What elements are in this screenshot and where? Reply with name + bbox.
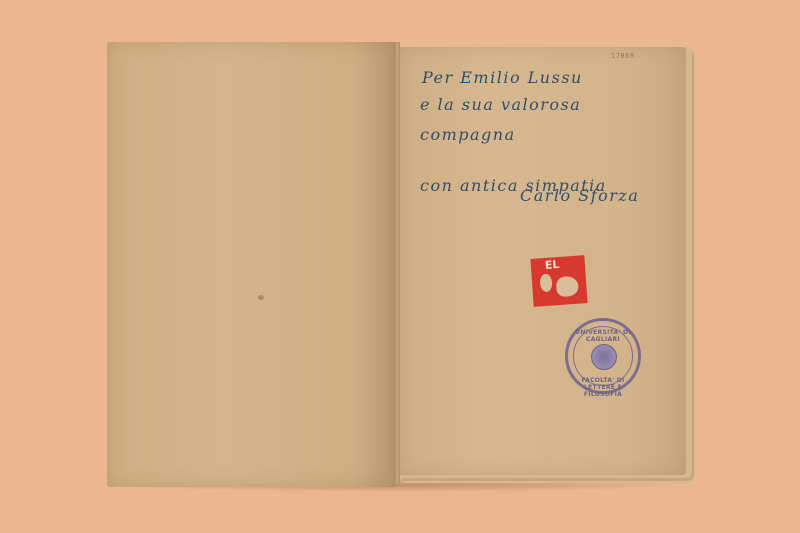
seal-emblem-icon (591, 344, 617, 370)
stamp-top-text: UNIVERSITA' DI CAGLIARI (568, 329, 638, 343)
stamp-label: EL (544, 258, 559, 272)
dedication-line: Per Emilio Lussu (422, 68, 583, 87)
red-library-stamp: EL (530, 255, 587, 307)
signature: Carlo Sforza (520, 186, 639, 205)
foxing-spot (258, 295, 264, 300)
dedication-line: e la sua valorosa (420, 95, 581, 114)
stamp-island-icon (539, 274, 552, 293)
university-round-stamp: UNIVERSITA' DI CAGLIARI FACOLTA' DI LETT… (565, 318, 641, 394)
dedication-line: compagna (420, 125, 516, 144)
stamp-bottom-text: FACOLTA' DI LETTERE E FILOSOFIA (568, 377, 638, 398)
stamp-island-icon (556, 276, 579, 297)
open-book: 17869 Per Emilio Lussu e la sua valorosa… (0, 0, 800, 533)
catalog-number: 17869 (611, 52, 635, 60)
left-page (107, 42, 397, 487)
book-gutter (394, 42, 400, 484)
